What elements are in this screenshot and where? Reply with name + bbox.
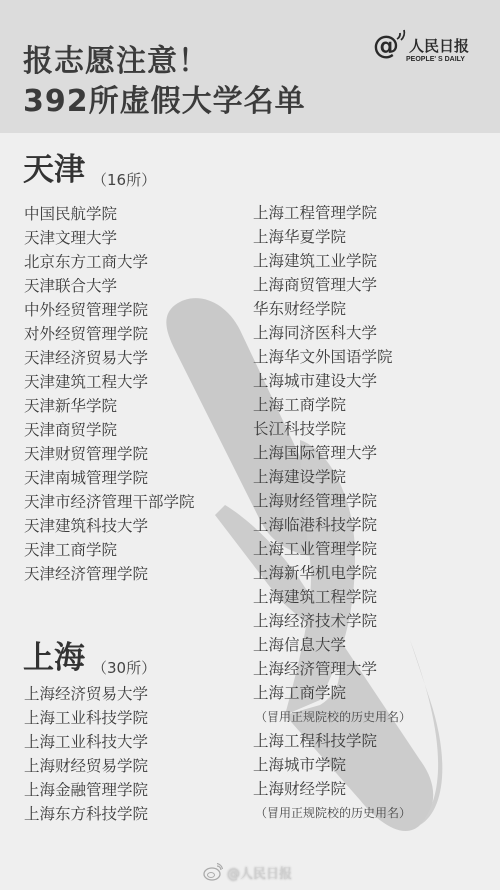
shanghai-school-list-right: 上海工程管理学院 上海华夏学院 上海建筑工业学院 上海商贸管理大学 华东财经学院… [253, 201, 411, 825]
title-line-2: 392所虚假大学名单 [23, 82, 306, 122]
list-item: 长江科技学院 [253, 417, 411, 441]
list-item: 对外经贸管理学院 [24, 322, 195, 346]
list-item: 天津市经济管理干部学院 [24, 490, 195, 514]
list-item: 上海工商学院 [253, 393, 411, 417]
list-item: 北京东方工商大学 [24, 250, 195, 274]
list-item: 上海工程管理学院 [253, 201, 411, 225]
list-item: 上海财经贸易学院 [24, 754, 148, 778]
list-item: 上海建设学院 [253, 465, 411, 489]
list-item: 天津文理大学 [24, 226, 195, 250]
list-item: 天津建筑科技大学 [24, 514, 195, 538]
list-item: 上海工程科技学院 [253, 729, 411, 753]
list-item: 上海金融管理学院 [24, 778, 148, 802]
list-item: 上海工业科技大学 [24, 730, 148, 754]
list-item: 上海新华机电学院 [253, 561, 411, 585]
page-title: 报志愿注意！ 392所虚假大学名单 [23, 42, 306, 122]
list-item: 天津财贸管理学院 [24, 442, 195, 466]
region-title-tianjin: 天津 [23, 152, 85, 188]
list-item: 上海国际管理大学 [253, 441, 411, 465]
list-item: 上海商贸管理大学 [253, 273, 411, 297]
list-item: 上海工商学院 [253, 681, 411, 705]
region-count-shanghai: （30所） [92, 658, 156, 678]
list-item: 中外经贸管理学院 [24, 298, 195, 322]
list-item: 上海建筑工业学院 [253, 249, 411, 273]
list-item: 华东财经学院 [253, 297, 411, 321]
peoples-daily-logo: @ 人民日报 PEOPLE' S DAILY [373, 26, 483, 66]
tianjin-school-list: 中国民航学院 天津文理大学 北京东方工商大学 天津联合大学 中外经贸管理学院 对… [24, 202, 195, 586]
weibo-watermark: @人民日报 [203, 862, 292, 882]
logo-name-cn: 人民日报 [409, 38, 469, 54]
watermark-text: @人民日报 [227, 863, 292, 882]
list-item: 上海华文外国语学院 [253, 345, 411, 369]
list-item: 上海华夏学院 [253, 225, 411, 249]
list-item: 天津经济贸易大学 [24, 346, 195, 370]
list-item: 中国民航学院 [24, 202, 195, 226]
list-item: 天津联合大学 [24, 274, 195, 298]
list-item: 上海临港科技学院 [253, 513, 411, 537]
list-item: 上海信息大学 [253, 633, 411, 657]
list-item: 上海东方科技学院 [24, 802, 148, 826]
list-item: 上海城市建设大学 [253, 369, 411, 393]
list-item: 上海同济医科大学 [253, 321, 411, 345]
list-item: 上海建筑工程学院 [253, 585, 411, 609]
title-line-1: 报志愿注意！ [23, 42, 306, 82]
list-item: 天津新华学院 [24, 394, 195, 418]
logo-name-en: PEOPLE' S DAILY [406, 56, 465, 64]
region-count-tianjin: （16所） [92, 170, 156, 190]
shanghai-school-list-left: 上海经济贸易大学 上海工业科技学院 上海工业科技大学 上海财经贸易学院 上海金融… [24, 682, 148, 826]
list-item-note: （冒用正规院校的历史用名） [253, 705, 411, 729]
list-item: 上海经济贸易大学 [24, 682, 148, 706]
list-item: 天津商贸学院 [24, 418, 195, 442]
list-item: 上海工业管理学院 [253, 537, 411, 561]
header-banner: 报志愿注意！ 392所虚假大学名单 @ 人民日报 PEOPLE' S DAILY [0, 0, 500, 133]
list-item: 上海经济技术学院 [253, 609, 411, 633]
list-item: 天津建筑工程大学 [24, 370, 195, 394]
list-item: 天津南城管理学院 [24, 466, 195, 490]
region-title-shanghai: 上海 [23, 640, 85, 676]
list-item: 上海工业科技学院 [24, 706, 148, 730]
list-item-note: （冒用正规院校的历史用名） [253, 801, 411, 825]
list-item: 上海经济管理大学 [253, 657, 411, 681]
list-item: 上海城市学院 [253, 753, 411, 777]
list-item: 天津工商学院 [24, 538, 195, 562]
weibo-icon [203, 863, 223, 881]
list-item: 天津经济管理学院 [24, 562, 195, 586]
signal-waves-icon [395, 27, 409, 41]
list-item: 上海财经学院 [253, 777, 411, 801]
list-item: 上海财经管理学院 [253, 489, 411, 513]
